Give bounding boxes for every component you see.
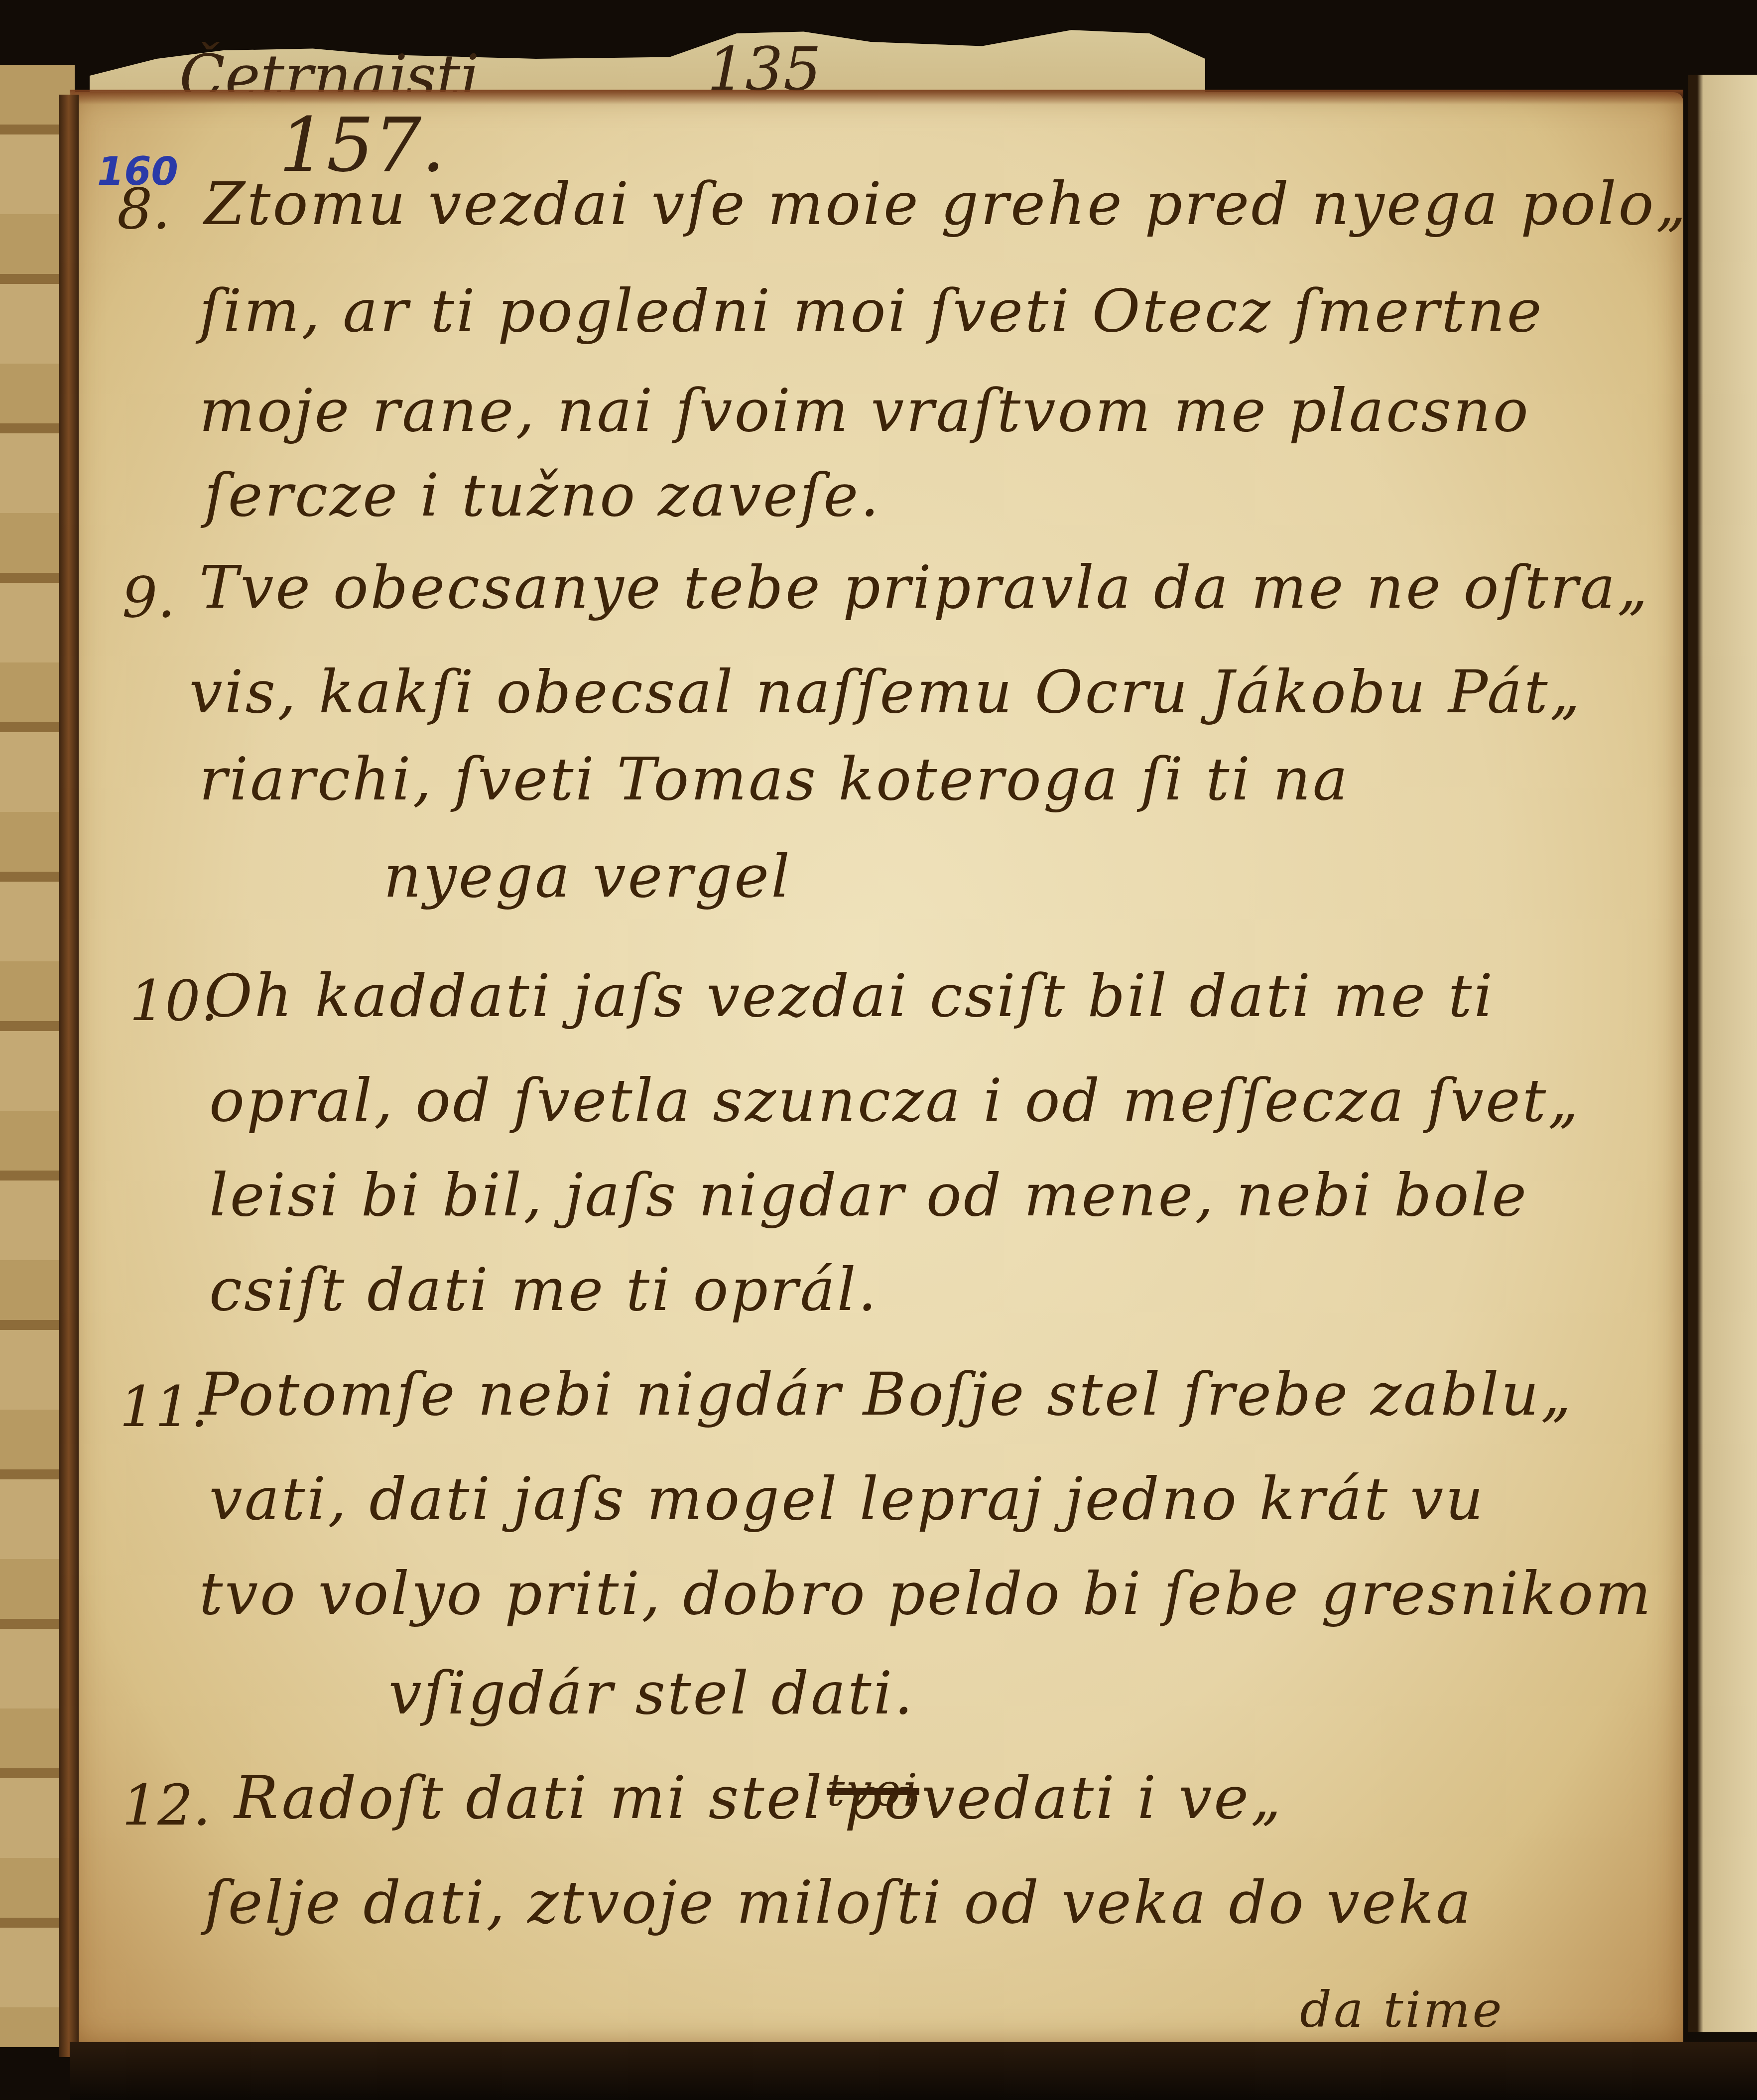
verse-line: opral, od ſvetla szuncza i od meſſecza ſ…: [209, 1071, 1580, 1130]
book-binding-edge: [59, 95, 79, 2057]
verse-number: 12.: [122, 1773, 211, 1838]
verse-line: Ztomu vezdai vſe moie grehe pred nyega p…: [204, 174, 1688, 233]
catchword: da time: [1300, 1985, 1504, 2035]
verse-line: Radoſt dati mi stel povedati i ve„: [234, 1768, 1283, 1827]
book-bottom-edge: [70, 2042, 1757, 2100]
verse-line: ſelje dati, ztvoje miloſti od veka do ve…: [204, 1873, 1473, 1932]
verse-line: moje rane, nai ſvoim vraſtvom me placsno: [199, 381, 1530, 440]
verse-line: riarchi, ſveti Tomas koteroga ſi ti na: [199, 750, 1350, 808]
verse-number: 11.: [120, 1375, 208, 1440]
verse-line: vſigdár stel dati.: [388, 1664, 915, 1722]
struck-out-word: tvoi: [827, 1768, 919, 1813]
verse-line: vis, kakſi obecsal naſſemu Ocru Jákobu P…: [189, 662, 1582, 721]
verse-line: tvo volyo priti, dobro peldo bi ſebe gre…: [199, 1564, 1653, 1623]
verse-line: Oh kaddati jaſs vezdai csiſt bil dati me…: [204, 966, 1495, 1025]
verse-line: ſim, ar ti pogledni moi ſveti Otecz ſmer…: [199, 281, 1544, 340]
verse-line: Potomſe nebi nigdár Boſje stel ſrebe zab…: [199, 1365, 1573, 1424]
verse-line: leisi bi bil, jaſs nigdar od mene, nebi …: [209, 1166, 1528, 1224]
manuscript-scene: Četrnajsti 135 100. 157. 160 8. Ztomu ve…: [0, 0, 1757, 2100]
verse-line: vati, dati jaſs mogel lepraj jedno krát …: [209, 1469, 1485, 1528]
verse-number: 9.: [122, 565, 175, 630]
verse-line: ſercze i tužno zaveſe.: [204, 466, 881, 525]
verse-line: csiſt dati me ti oprál.: [209, 1260, 878, 1319]
right-neighbouring-leaf: [1688, 75, 1757, 2032]
verse-line: Tve obecsanye tebe pripravla da me ne oſ…: [199, 558, 1649, 617]
verse-line: nyega vergel: [383, 847, 792, 906]
verse-number: 8.: [117, 177, 170, 242]
